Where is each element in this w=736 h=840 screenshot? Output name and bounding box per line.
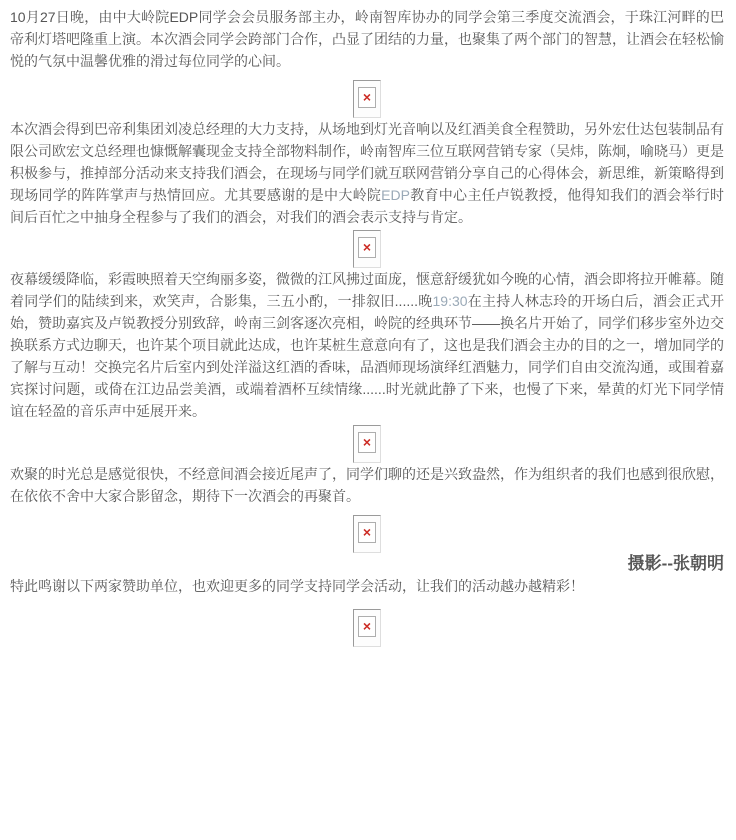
photo-credit: 摄影--张朝明 [10, 553, 724, 575]
paragraph-evening: 夜幕缓缓降临，彩霞映照着天空绚丽多姿，微微的江风拂过面庞，惬意舒缓犹如今晚的心情… [10, 268, 724, 422]
image-slot-3: × [10, 425, 724, 463]
paragraph-intro: 10月27日晚，由中大岭院EDP同学会会员服务部主办，岭南智库协办的同学会第三季… [10, 6, 724, 72]
broken-image-icon: × [359, 523, 375, 541]
broken-image: × [353, 609, 381, 647]
broken-image-icon: × [359, 433, 375, 451]
broken-image-frame: × [358, 87, 376, 108]
paragraph-closing: 欢聚的时光总是感觉很快，不经意间酒会接近尾声了，同学们聊的还是兴致盎然，作为组织… [10, 463, 724, 507]
image-slot-1: × [10, 80, 724, 118]
broken-image-icon: × [359, 617, 375, 635]
broken-image-frame: × [358, 616, 376, 637]
broken-image: × [353, 425, 381, 463]
paragraph-evening-text-end: 在主持人林志玲的开场白后，酒会正式开始，赞助嘉宾及卢锐教授分别致辞，岭南三剑客逐… [10, 293, 724, 419]
broken-image-icon: × [359, 238, 375, 256]
broken-image-frame: × [358, 522, 376, 543]
broken-image-icon: × [359, 88, 375, 106]
time-highlight: 19:30 [433, 293, 468, 309]
image-slot-2: × [10, 230, 724, 268]
article: 10月27日晚，由中大岭院EDP同学会会员服务部主办，岭南智库协办的同学会第三季… [0, 0, 736, 647]
broken-image-frame: × [358, 432, 376, 453]
edp-highlight: EDP [381, 187, 410, 203]
image-slot-5: × [10, 609, 724, 647]
paragraph-sponsors: 本次酒会得到巴帝利集团刘凌总经理的大力支持，从场地到灯光音响以及红酒美食全程赞助… [10, 118, 724, 228]
broken-image: × [353, 515, 381, 553]
broken-image: × [353, 80, 381, 118]
image-slot-4: × [10, 515, 724, 553]
broken-image-frame: × [358, 237, 376, 258]
paragraph-thanks: 特此鸣谢以下两家赞助单位，也欢迎更多的同学支持同学会活动，让我们的活动越办越精彩… [10, 575, 724, 597]
broken-image: × [353, 230, 381, 268]
